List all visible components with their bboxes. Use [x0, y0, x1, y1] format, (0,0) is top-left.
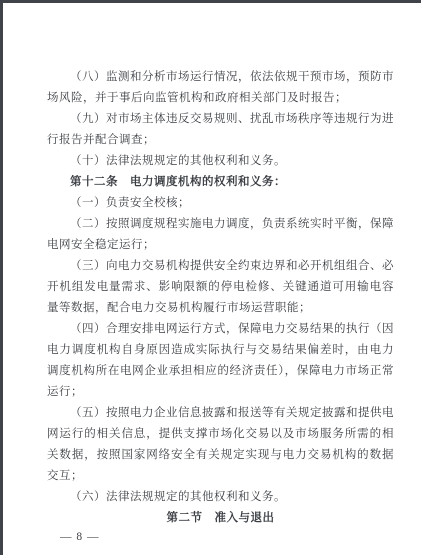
paragraph: （一）负责安全校核；: [47, 193, 394, 214]
paragraph: （三）向电力交易机构提供安全约束边界和必开机组组合、必开机组发电量需求、影响限额…: [47, 256, 394, 319]
section-heading: 第二节 准入与退出: [47, 508, 394, 529]
document-page: （八）监测和分析市场运行情况，依法依规干预市场，预防市场风险，并于事后向监管机构…: [0, 0, 421, 555]
paragraph: （八）监测和分析市场运行情况，依法依规干预市场，预防市场风险，并于事后向监管机构…: [47, 67, 394, 109]
paragraph: （五）按照电力企业信息披露和报送等有关规定披露和提供电网运行的相关信息，提供支撑…: [47, 403, 394, 487]
paragraph: （四）合理安排电网运行方式，保障电力交易结果的执行（因电力调度机构自身原因造成实…: [47, 319, 394, 403]
page-left-edge: [0, 0, 3, 555]
page-top-edge: [0, 0, 421, 3]
paragraph: （十）法律法规规定的其他权利和义务。: [47, 151, 394, 172]
paragraph: （六）法律法规规定的其他权利和义务。: [47, 487, 394, 508]
paragraph: （二）按照调度规程实施电力调度，负责系统实时平衡，保障电网安全稳定运行；: [47, 214, 394, 256]
footer-page-number: — 8 —: [60, 530, 100, 545]
document-body: （八）监测和分析市场运行情况，依法依规干预市场，预防市场风险，并于事后向监管机构…: [47, 67, 394, 529]
article-heading: 第十二条 电力调度机构的权利和义务：: [47, 172, 394, 193]
paragraph: （九）对市场主体违反交易规则、扰乱市场秩序等违规行为进行报告并配合调查；: [47, 109, 394, 151]
